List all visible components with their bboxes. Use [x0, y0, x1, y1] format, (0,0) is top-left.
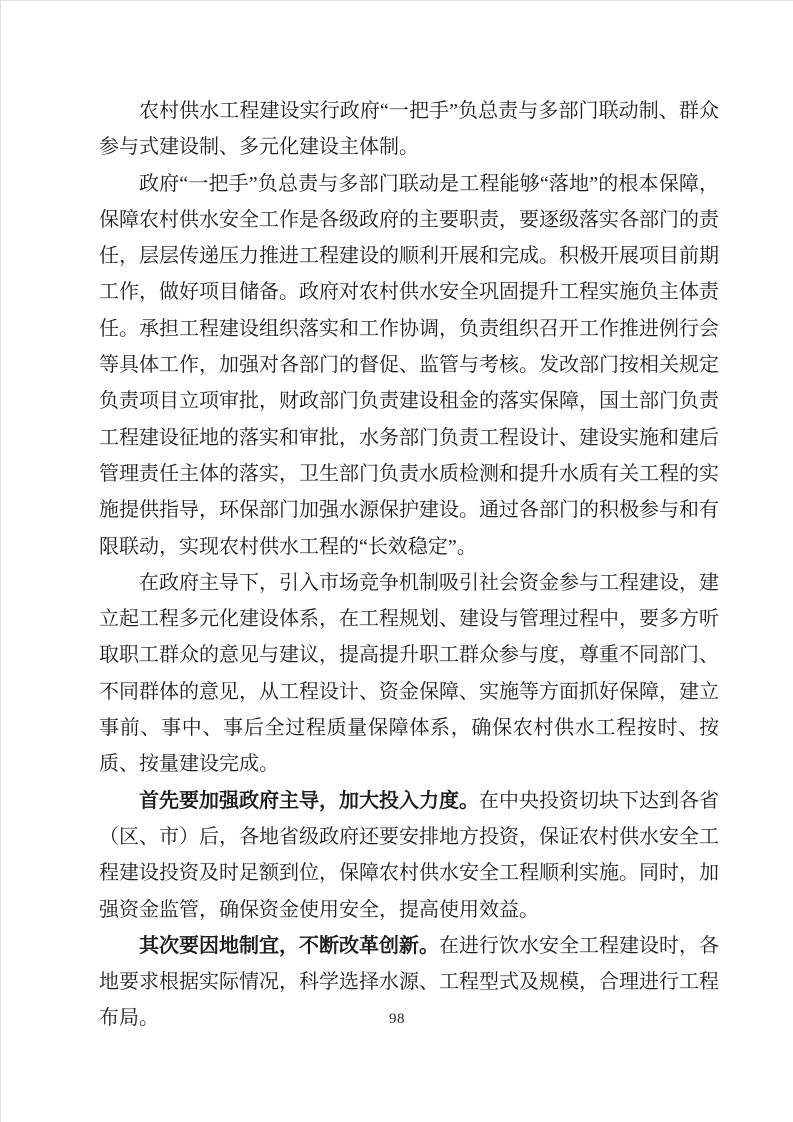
paragraph-text: 政府“一把手”负总责与多部门联动是工程能够“落地”的根本保障，保障农村供水安全工… — [99, 173, 719, 558]
paragraph: 政府“一把手”负总责与多部门联动是工程能够“落地”的根本保障，保障农村供水安全工… — [99, 166, 719, 565]
paragraph-lead: 首先要加强政府主导，加大投入力度。 — [139, 790, 479, 812]
paragraph-lead: 其次要因地制宜，不断改革创新。 — [139, 935, 439, 957]
paragraph: 在政府主导下，引入市场竞争机制吸引社会资金参与工程建设，建立起工程多元化建设体系… — [99, 565, 719, 783]
paragraph-text: 农村供水工程建设实行政府“一把手”负总责与多部门联动制、群众参与式建设制、多元化… — [99, 100, 719, 158]
paragraph: 首先要加强政府主导，加大投入力度。在中央投资切块下达到各省（区、市）后，各地省级… — [99, 783, 719, 928]
page-number: 98 — [1, 1011, 793, 1028]
page-content: 农村供水工程建设实行政府“一把手”负总责与多部门联动制、群众参与式建设制、多元化… — [99, 93, 719, 1037]
paragraph: 农村供水工程建设实行政府“一把手”负总责与多部门联动制、群众参与式建设制、多元化… — [99, 93, 719, 166]
paragraph-text: 在政府主导下，引入市场竞争机制吸引社会资金参与工程建设，建立起工程多元化建设体系… — [99, 572, 719, 775]
document-page: 农村供水工程建设实行政府“一把手”负总责与多部门联动制、群众参与式建设制、多元化… — [0, 0, 793, 1122]
